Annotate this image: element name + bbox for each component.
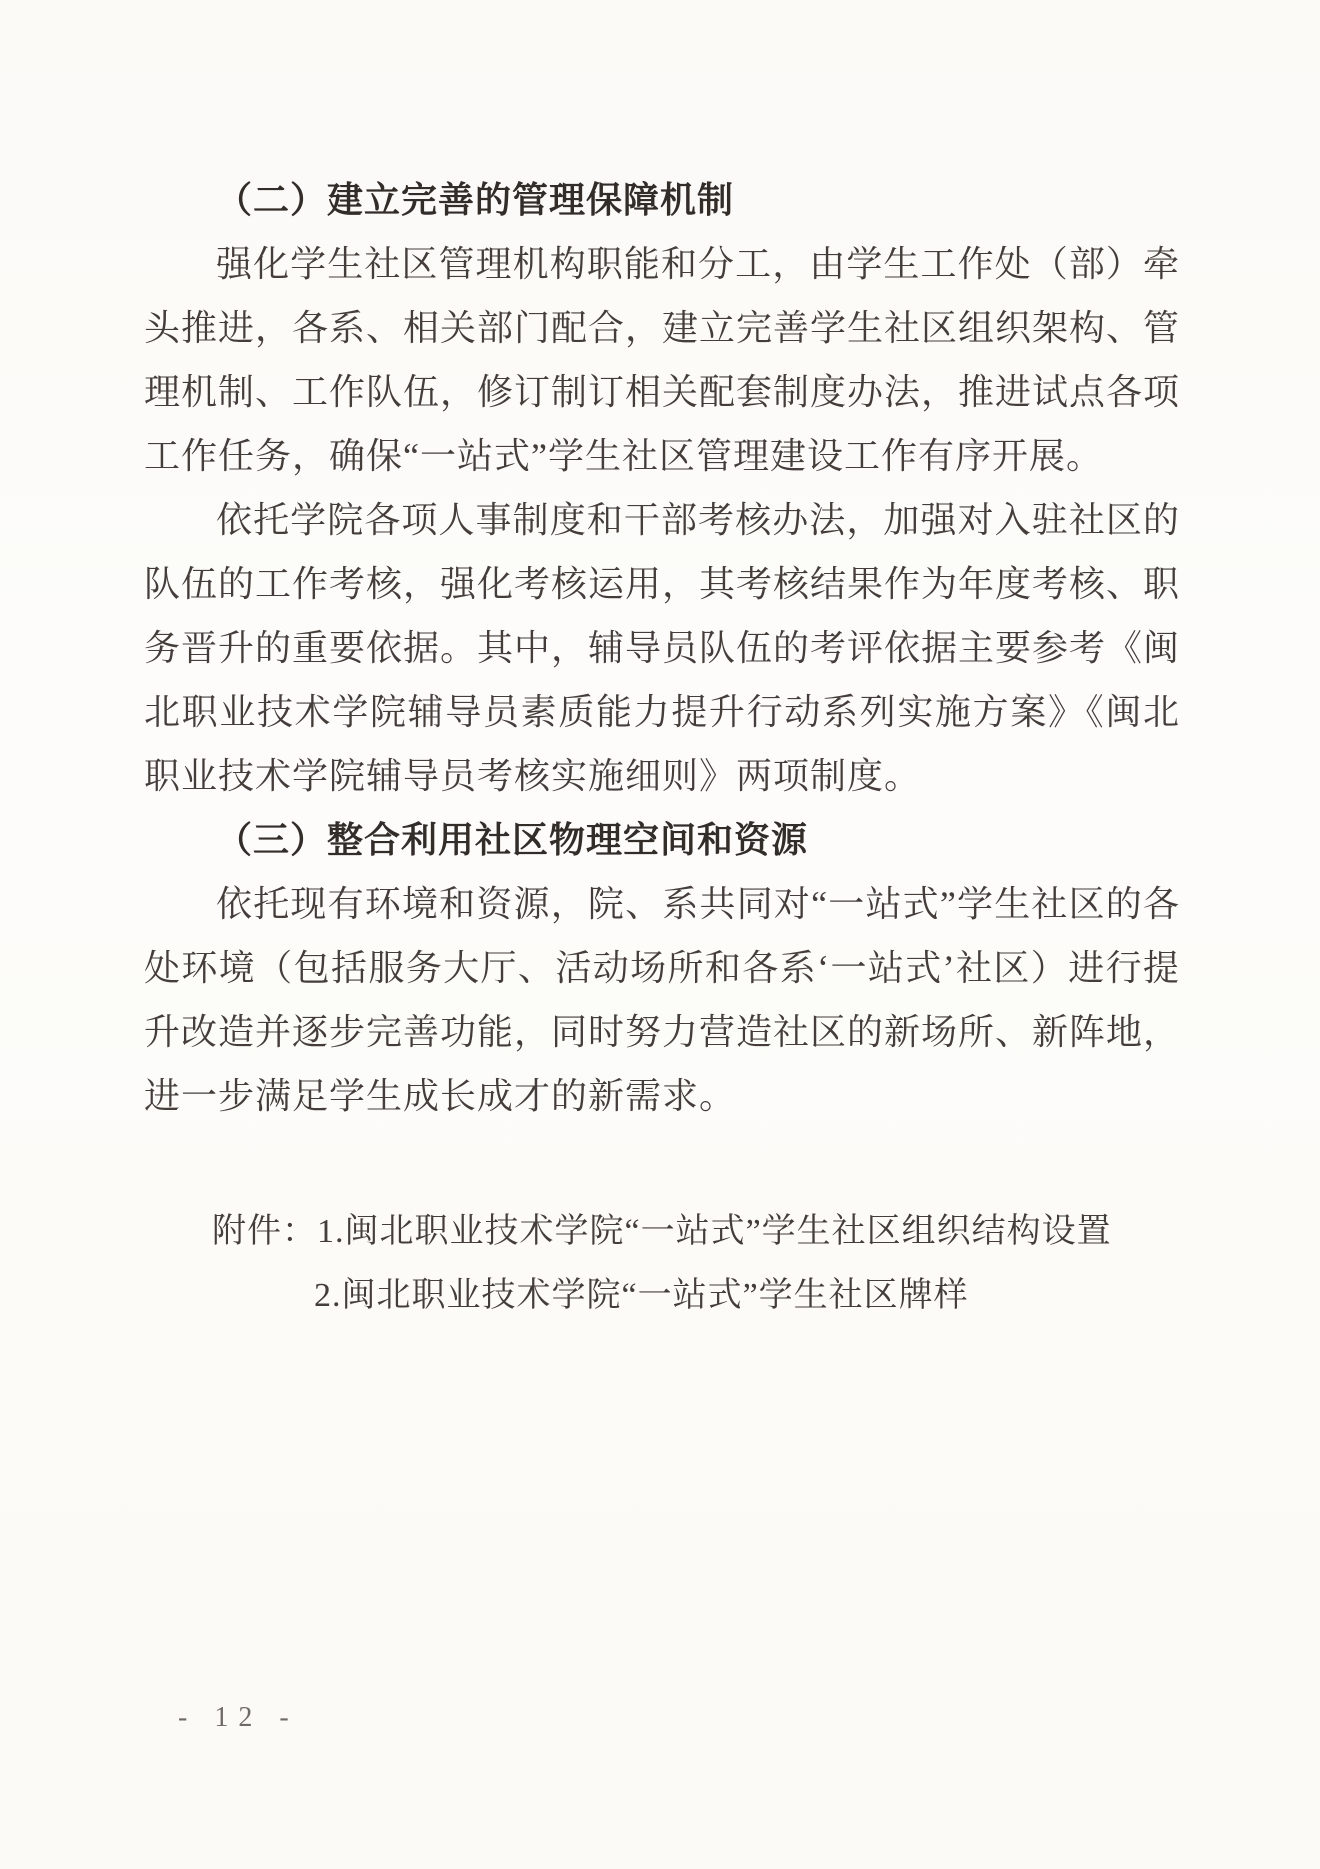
document-content: （二）建立完善的管理保障机制 强化学生社区管理机构职能和分工，由学生工作处（部）… bbox=[144, 168, 1180, 1328]
document-page: （二）建立完善的管理保障机制 强化学生社区管理机构职能和分工，由学生工作处（部）… bbox=[0, 0, 1320, 1869]
paragraph-assessment-system: 依托学院各项人事制度和干部考核办法，加强对入驻社区的队伍的工作考核，强化考核运用… bbox=[144, 488, 1180, 808]
section-heading-3: （三）整合利用社区物理空间和资源 bbox=[144, 808, 1180, 872]
attachments-label: 附件： bbox=[212, 1213, 317, 1250]
attachment-item-2: 2.闽北职业技术学院“一站式”学生社区牌样 bbox=[144, 1264, 1180, 1328]
attachment-item-1: 附件：1.闽北职业技术学院“一站式”学生社区组织结构设置 bbox=[144, 1200, 1180, 1264]
page-number: - 12 - bbox=[178, 1698, 299, 1738]
attachments-block: 附件：1.闽北职业技术学院“一站式”学生社区组织结构设置 2.闽北职业技术学院“… bbox=[144, 1200, 1180, 1328]
paragraph-management-mechanism: 强化学生社区管理机构职能和分工，由学生工作处（部）牵头推进，各系、相关部门配合，… bbox=[144, 232, 1180, 488]
section-heading-2: （二）建立完善的管理保障机制 bbox=[144, 168, 1180, 232]
attachment-item-1-text: 1.闽北职业技术学院“一站式”学生社区组织结构设置 bbox=[317, 1213, 1112, 1250]
paragraph-space-resources: 依托现有环境和资源，院、系共同对“一站式”学生社区的各处环境（包括服务大厅、活动… bbox=[144, 872, 1180, 1128]
